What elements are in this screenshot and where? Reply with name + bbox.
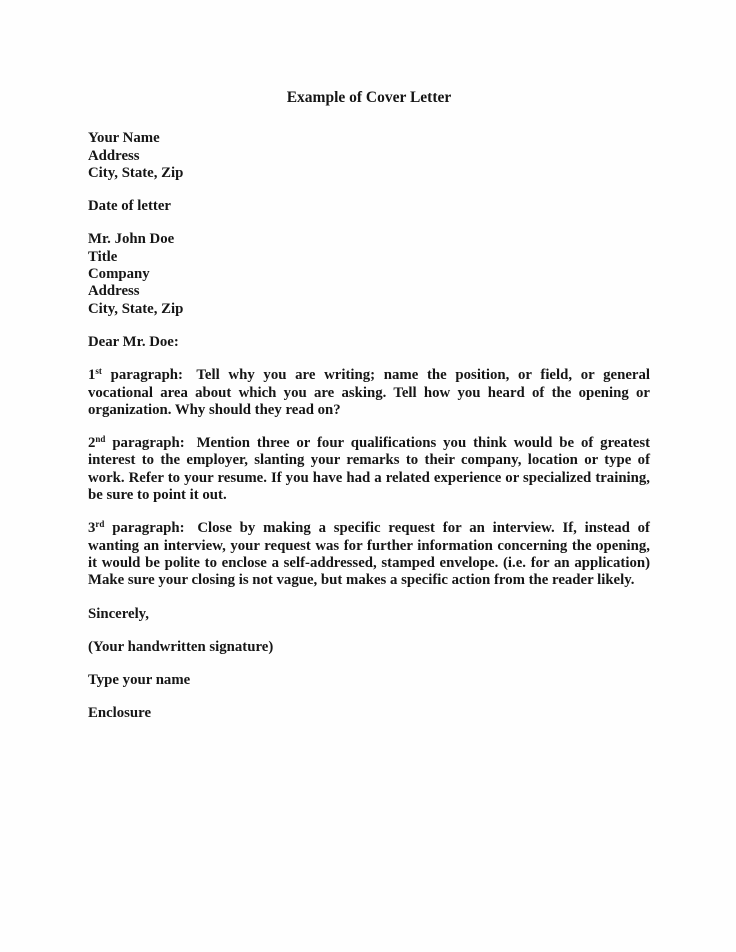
paragraph-1-ordinal-suffix: st (95, 366, 102, 376)
sender-name-line: Your Name (88, 130, 650, 147)
date-block: Date of letter (88, 198, 650, 215)
recipient-address-block: Mr. John Doe Title Company Address City,… (88, 231, 650, 317)
enclosure-block: Enclosure (88, 705, 650, 722)
sender-address-block: Your Name Address City, State, Zip (88, 130, 650, 182)
recipient-address-line: Address (88, 283, 650, 300)
cover-letter-page: Example of Cover Letter Your Name Addres… (0, 0, 736, 952)
paragraph-2-label: paragraph: (112, 435, 184, 451)
recipient-name-line: Mr. John Doe (88, 231, 650, 248)
paragraph-3-ordinal-suffix: rd (95, 519, 104, 529)
recipient-city-state-zip-line: City, State, Zip (88, 301, 650, 318)
paragraph-1-ordinal: 1st (88, 367, 102, 383)
enclosure-line: Enclosure (88, 705, 650, 722)
typed-name-block: Type your name (88, 672, 650, 689)
paragraph-2: 2nd paragraph: Mention three or four qua… (88, 435, 650, 504)
signature-placeholder-block: (Your handwritten signature) (88, 639, 650, 656)
date-line: Date of letter (88, 198, 650, 215)
salutation-block: Dear Mr. Doe: (88, 334, 650, 351)
recipient-company-line: Company (88, 266, 650, 283)
paragraph-3-ordinal: 3rd (88, 520, 104, 536)
signature-placeholder-line: (Your handwritten signature) (88, 639, 650, 656)
sender-address-line: Address (88, 148, 650, 165)
paragraph-1: 1st paragraph: Tell why you are writing;… (88, 367, 650, 419)
paragraph-3-label: paragraph: (112, 520, 184, 536)
salutation-line: Dear Mr. Doe: (88, 334, 650, 351)
paragraph-1-label: paragraph: (111, 367, 183, 383)
document-title: Example of Cover Letter (88, 89, 650, 106)
sender-city-state-zip-line: City, State, Zip (88, 165, 650, 182)
paragraph-3: 3rd paragraph: Close by making a specifi… (88, 520, 650, 589)
closing-block: Sincerely, (88, 606, 650, 623)
closing-line: Sincerely, (88, 606, 650, 623)
paragraph-2-ordinal-suffix: nd (95, 434, 105, 444)
recipient-title-line: Title (88, 249, 650, 266)
typed-name-line: Type your name (88, 672, 650, 689)
paragraph-2-ordinal: 2nd (88, 435, 105, 451)
